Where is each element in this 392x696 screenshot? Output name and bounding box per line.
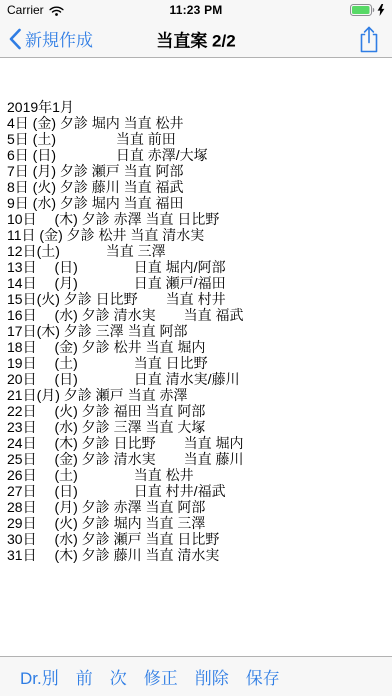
schedule-line: 7日 (月) 夕診 瀬戸 当直 阿部 — [7, 163, 388, 179]
back-button-label: 新規作成 — [25, 26, 93, 51]
schedule-line: 13日 (日) 日直 堀内/阿部 — [7, 259, 388, 275]
schedule-line: 4日 (金) 夕診 堀内 当直 松井 — [7, 115, 388, 131]
toolbar-button-delete[interactable]: 削除 — [195, 664, 229, 689]
schedule-scroll-area[interactable]: 2019年1月4日 (金) 夕診 堀内 当直 松井5日 (土) 当直 前田6日 … — [0, 58, 392, 656]
schedule-line: 28日 (月) 夕診 赤澤 当直 阿部 — [7, 499, 388, 515]
page-title: 当直案 2/2 — [156, 26, 235, 51]
schedule-line: 20日 (日) 日直 清水実/藤川 — [7, 371, 388, 387]
schedule-line: 8日 (火) 夕診 藤川 当直 福武 — [7, 179, 388, 195]
bottom-toolbar: Dr.別前次修正削除保存 — [0, 656, 392, 696]
status-left: Carrier — [7, 3, 64, 17]
carrier-label: Carrier — [7, 3, 44, 17]
schedule-line: 18日 (金) 夕診 松井 当直 堀内 — [7, 339, 388, 355]
schedule-line: 27日 (日) 日直 村井/福武 — [7, 483, 388, 499]
clock-label: 11:23 PM — [170, 0, 223, 20]
schedule-line: 15日(火) 夕診 日比野 当直 村井 — [7, 291, 388, 307]
back-chevron-icon — [9, 28, 21, 50]
toolbar-button-edit[interactable]: 修正 — [144, 664, 178, 689]
schedule-line: 19日 (土) 当直 日比野 — [7, 355, 388, 371]
schedule-line: 29日 (火) 夕診 堀内 当直 三澤 — [7, 515, 388, 531]
schedule-line: 6日 (日) 日直 赤澤/大塚 — [7, 147, 388, 163]
schedule-line: 12日(土) 当直 三澤 — [7, 243, 388, 259]
battery-icon — [350, 4, 375, 16]
charging-bolt-icon — [377, 4, 385, 16]
schedule-line: 23日 (水) 夕診 三澤 当直 大塚 — [7, 419, 388, 435]
toolbar-button-save[interactable]: 保存 — [246, 664, 280, 689]
schedule-line: 17日(木) 夕診 三澤 当直 阿部 — [7, 323, 388, 339]
toolbar-button-previous[interactable]: 前 — [76, 664, 93, 689]
schedule-line: 9日 (水) 夕診 堀内 当直 福田 — [7, 195, 388, 211]
schedule-line: 2019年1月 — [7, 99, 388, 115]
wifi-icon — [49, 5, 64, 16]
share-button[interactable] — [358, 25, 380, 53]
schedule-line: 11日 (金) 夕診 松井 当直 清水実 — [7, 227, 388, 243]
status-right — [350, 4, 385, 16]
schedule-line: 24日 (木) 夕診 日比野 当直 堀内 — [7, 435, 388, 451]
back-button[interactable]: 新規作成 — [0, 26, 93, 51]
schedule-line: 22日 (火) 夕診 福田 当直 阿部 — [7, 403, 388, 419]
schedule-line: 21日(月) 夕診 瀬戸 当直 赤澤 — [7, 387, 388, 403]
schedule-line: 30日 (水) 夕診 瀬戸 当直 日比野 — [7, 531, 388, 547]
navigation-bar: 新規作成 当直案 2/2 — [0, 20, 392, 58]
schedule-line: 16日 (水) 夕診 清水実 当直 福武 — [7, 307, 388, 323]
toolbar-button-by-doctor[interactable]: Dr.別 — [20, 664, 59, 689]
schedule-line: 14日 (月) 日直 瀬戸/福田 — [7, 275, 388, 291]
schedule-line: 25日 (金) 夕診 清水実 当直 藤川 — [7, 451, 388, 467]
schedule-line: 31日 (木) 夕診 藤川 当直 清水実 — [7, 547, 388, 563]
status-bar: Carrier 11:23 PM — [0, 0, 392, 20]
app-screen: Carrier 11:23 PM — [0, 0, 392, 696]
share-icon — [358, 25, 380, 53]
schedule-line: 26日 (土) 当直 松井 — [7, 467, 388, 483]
schedule-line: 10日 (木) 夕診 赤澤 当直 日比野 — [7, 211, 388, 227]
toolbar-button-next[interactable]: 次 — [110, 664, 127, 689]
schedule-line: 5日 (土) 当直 前田 — [7, 131, 388, 147]
